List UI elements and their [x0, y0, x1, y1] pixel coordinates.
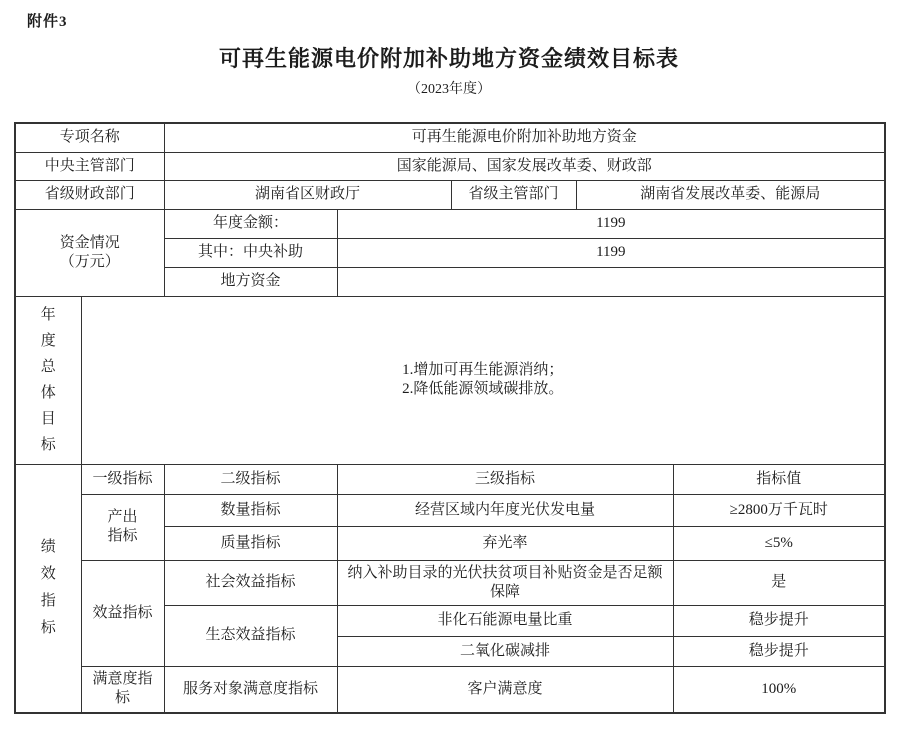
- row-indicator-header: 绩效指标 一级指标 二级指标 三级指标 指标值: [15, 464, 885, 494]
- benefit-indicator-label: 效益指标: [81, 560, 164, 666]
- output-indicator-label: 产出指标: [81, 494, 164, 560]
- attachment-label: 附件3: [27, 10, 68, 31]
- local-fund-value: [337, 267, 885, 296]
- row-project-name: 专项名称 可再生能源电价附加补助地方资金: [15, 123, 885, 152]
- provincial-finance-label: 省级财政部门: [15, 180, 164, 209]
- header-indicator-value: 指标值: [673, 464, 885, 494]
- ecological-indicator-2-name: 二氧化碳减排: [337, 636, 673, 666]
- satisfaction-indicator-label: 满意度指标: [81, 666, 164, 713]
- central-department-value: 国家能源局、国家发展改革委、财政部: [164, 152, 885, 180]
- quantity-indicator-name: 经营区域内年度光伏发电量: [337, 494, 673, 526]
- performance-target-table: 专项名称 可再生能源电价附加补助地方资金 中央主管部门 国家能源局、国家发展改革…: [14, 122, 886, 714]
- ecological-indicator-2-value: 稳步提升: [673, 636, 885, 666]
- provincial-department-value: 湖南省发展改革委、能源局: [576, 180, 885, 209]
- annual-goals-section-label: 年度总体目标: [15, 296, 81, 464]
- performance-section-label: 绩效指标: [15, 464, 81, 713]
- service-satisfaction-value: 100%: [673, 666, 885, 713]
- ecological-benefit-label: 生态效益指标: [164, 605, 337, 666]
- provincial-department-label: 省级主管部门: [451, 180, 576, 209]
- row-provincial-departments: 省级财政部门 湖南省区财政厅 省级主管部门 湖南省发展改革委、能源局: [15, 180, 885, 209]
- service-satisfaction-label: 服务对象满意度指标: [164, 666, 337, 713]
- page-title: 可再生能源电价附加补助地方资金绩效目标表: [0, 42, 898, 73]
- satisfaction-indicator-text: 满意度指标: [91, 670, 155, 708]
- row-annual-goals: 年度总体目标 1.增加可再生能源消纳； 2.降低能源领域碳排放。: [15, 296, 885, 464]
- central-department-label: 中央主管部门: [15, 152, 164, 180]
- quality-indicator-name: 弃光率: [337, 526, 673, 560]
- header-level1: 一级指标: [81, 464, 164, 494]
- project-name-value: 可再生能源电价附加补助地方资金: [164, 123, 885, 152]
- social-benefit-value: 是: [673, 560, 885, 605]
- quantity-indicator-label: 数量指标: [164, 494, 337, 526]
- social-benefit-name: 纳入补助目录的光伏扶贫项目补贴资金是否足额保障: [337, 560, 673, 605]
- central-subsidy-label: 其中：中央补助: [164, 238, 337, 267]
- ecological-indicator-1-value: 稳步提升: [673, 605, 885, 636]
- provincial-finance-value: 湖南省区财政厅: [164, 180, 451, 209]
- annual-amount-label: 年度金额：: [164, 209, 337, 238]
- row-central-department: 中央主管部门 国家能源局、国家发展改革委、财政部: [15, 152, 885, 180]
- row-social-benefit: 效益指标 社会效益指标 纳入补助目录的光伏扶贫项目补贴资金是否足额保障 是: [15, 560, 885, 605]
- header-level3: 三级指标: [337, 464, 673, 494]
- output-indicator-text: 产出指标: [106, 508, 140, 546]
- quantity-indicator-value: ≥2800万千瓦时: [673, 494, 885, 526]
- funding-section-label: 资金情况 （万元）: [15, 209, 164, 296]
- row-satisfaction: 满意度指标 服务对象满意度指标 客户满意度 100%: [15, 666, 885, 713]
- header-level2: 二级指标: [164, 464, 337, 494]
- service-satisfaction-name: 客户满意度: [337, 666, 673, 713]
- annual-goals-content: 1.增加可再生能源消纳； 2.降低能源领域碳排放。: [81, 296, 885, 464]
- ecological-indicator-1-name: 非化石能源电量比重: [337, 605, 673, 636]
- quality-indicator-label: 质量指标: [164, 526, 337, 560]
- row-quantity-indicator: 产出指标 数量指标 经营区域内年度光伏发电量 ≥2800万千瓦时: [15, 494, 885, 526]
- project-name-label: 专项名称: [15, 123, 164, 152]
- annual-amount-value: 1199: [337, 209, 885, 238]
- central-subsidy-value: 1199: [337, 238, 885, 267]
- row-annual-amount: 资金情况 （万元） 年度金额： 1199: [15, 209, 885, 238]
- performance-vertical-text: 绩效指标: [40, 534, 56, 642]
- document-page: 附件3 可再生能源电价附加补助地方资金绩效目标表 （2023年度） 专项名称 可…: [0, 0, 898, 733]
- quality-indicator-value: ≤5%: [673, 526, 885, 560]
- page-subtitle: （2023年度）: [0, 78, 898, 98]
- social-benefit-label: 社会效益指标: [164, 560, 337, 605]
- annual-goals-vertical-text: 年度总体目标: [40, 302, 56, 458]
- local-fund-label: 地方资金: [164, 267, 337, 296]
